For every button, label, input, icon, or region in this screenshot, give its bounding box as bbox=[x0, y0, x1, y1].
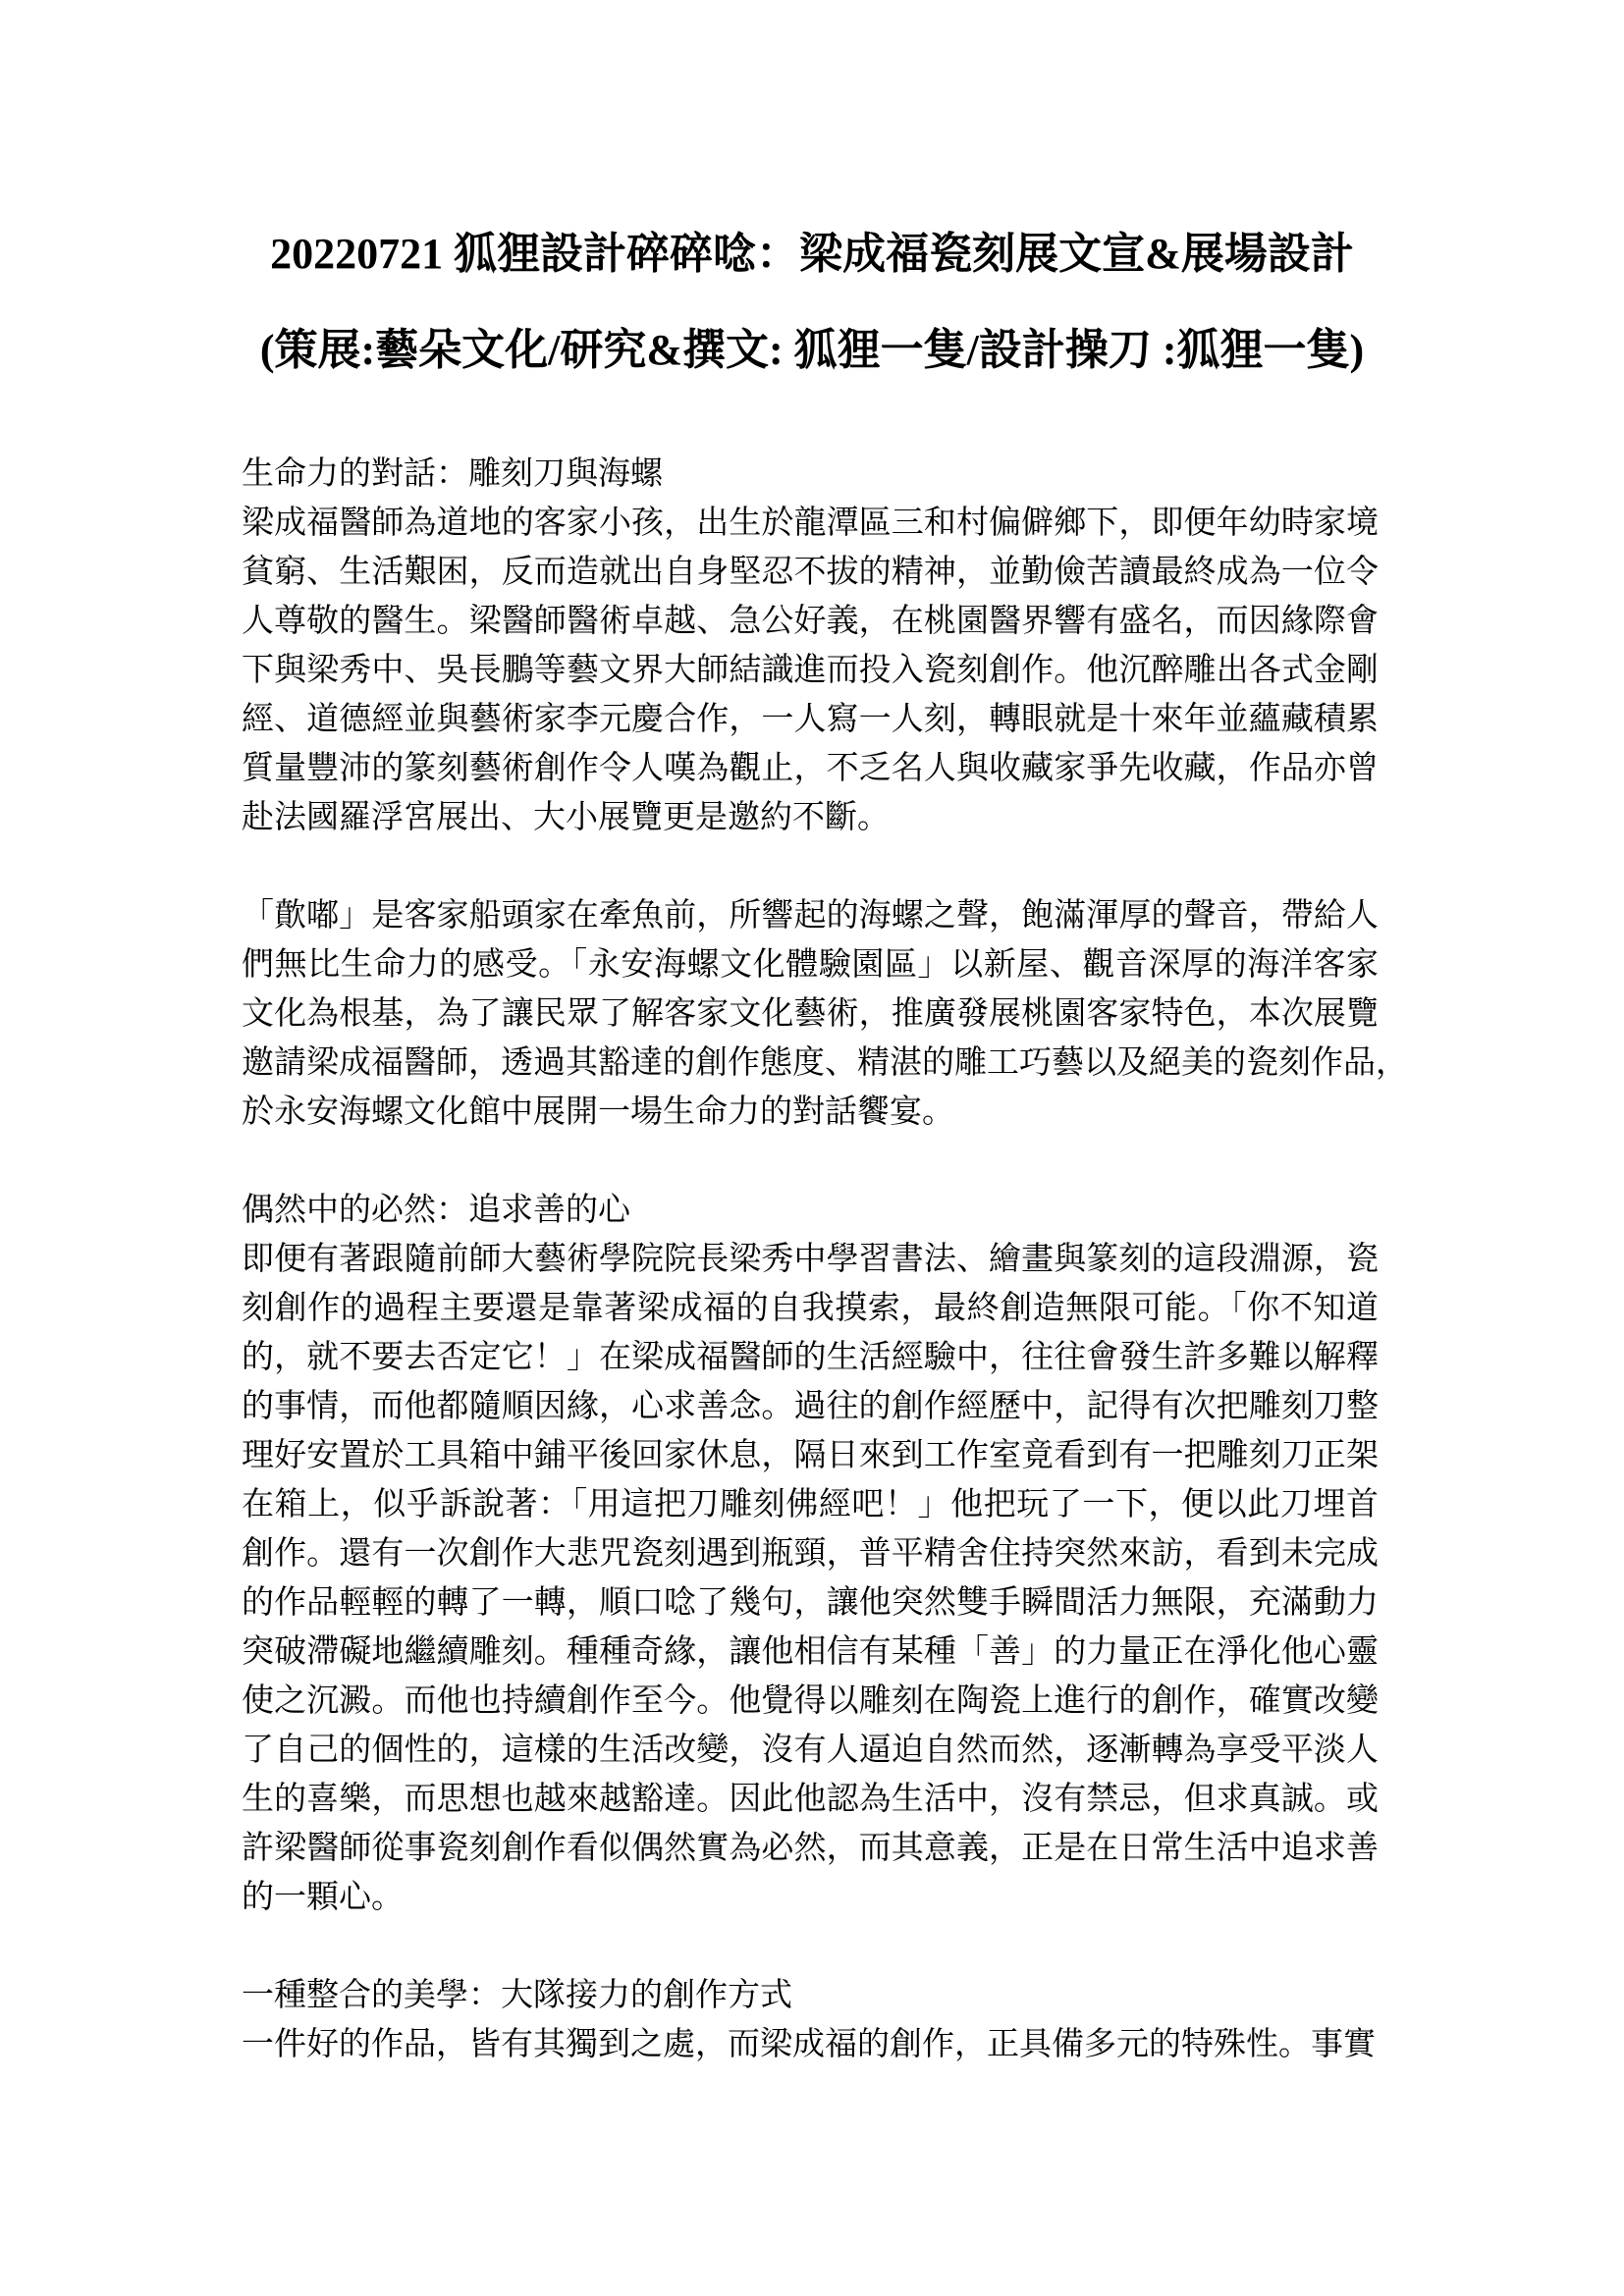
text-line: 的，就不要去否定它！」在梁成福醫師的生活經驗中，往往會發生許多難以解釋 bbox=[242, 1333, 1379, 1382]
paragraph: 梁成福醫師為道地的客家小孩，出生於龍潭區三和村偏僻鄉下，即便年幼時家境貧窮、生活… bbox=[242, 499, 1379, 842]
text-line: 赴法國羅浮宮展出、大小展覽更是邀約不斷。 bbox=[242, 793, 1379, 842]
text-line: 突破滯礙地繼續雕刻。種種奇緣，讓他相信有某種「善」的力量正在淨化他心靈 bbox=[242, 1628, 1379, 1677]
document-body: 生命力的對話：雕刻刀與海螺 梁成福醫師為道地的客家小孩，出生於龍潭區三和村偏僻鄉… bbox=[242, 450, 1382, 2069]
text-line: 人尊敬的醫生。梁醫師醫術卓越、急公好義，在桃園醫界響有盛名，而因緣際會 bbox=[242, 597, 1379, 646]
section-heading: 偶然中的必然：追求善的心 bbox=[242, 1186, 1382, 1235]
text-line: 即便有著跟隨前師大藝術學院院長梁秀中學習書法、繪畫與篆刻的這段淵源，瓷 bbox=[242, 1235, 1379, 1284]
text-line: 許梁醫師從事瓷刻創作看似偶然實為必然，而其意義，正是在日常生活中追求善 bbox=[242, 1824, 1379, 1873]
document-page: 20220721 狐狸設計碎碎唸：梁成福瓷刻展文宣&展場設計 (策展:藝朵文化/… bbox=[0, 0, 1624, 2296]
text-line: 的一顆心。 bbox=[242, 1873, 1379, 1922]
text-line: 一件好的作品，皆有其獨到之處，而梁成福的創作，正具備多元的特殊性。事實 bbox=[242, 2020, 1379, 2069]
text-line: 下與梁秀中、吳長鵬等藝文界大師結識進而投入瓷刻創作。他沉醉雕出各式金剛 bbox=[242, 646, 1379, 695]
section-integrated-aesthetics: 一種整合的美學：大隊接力的創作方式 一件好的作品，皆有其獨到之處，而梁成福的創作… bbox=[242, 1971, 1382, 2069]
text-line: 使之沉澱。而他也持續創作至今。他覺得以雕刻在陶瓷上進行的創作，確實改變 bbox=[242, 1677, 1379, 1726]
document-title: 20220721 狐狸設計碎碎唸：梁成福瓷刻展文宣&展場設計 bbox=[242, 226, 1382, 283]
text-line: 邀請梁成福醫師，透過其豁達的創作態度、精湛的雕工巧藝以及絕美的瓷刻作品， bbox=[242, 1039, 1379, 1088]
text-line: 於永安海螺文化館中展開一場生命力的對話饗宴。 bbox=[242, 1088, 1379, 1137]
section-heading: 生命力的對話：雕刻刀與海螺 bbox=[242, 450, 1382, 499]
text-line: 文化為根基，為了讓民眾了解客家文化藝術，推廣發展桃園客家特色，本次展覽 bbox=[242, 989, 1379, 1039]
text-line: 質量豐沛的篆刻藝術創作令人嘆為觀止，不乏名人與收藏家爭先收藏，作品亦曾 bbox=[242, 744, 1379, 793]
text-line: 梁成福醫師為道地的客家小孩，出生於龍潭區三和村偏僻鄉下，即便年幼時家境 bbox=[242, 499, 1379, 548]
text-line: 的作品輕輕的轉了一轉，順口唸了幾句，讓他突然雙手瞬間活力無限，充滿動力 bbox=[242, 1578, 1379, 1628]
text-line: 刻創作的過程主要還是靠著梁成福的自我摸索，最終創造無限可能。「你不知道 bbox=[242, 1284, 1379, 1333]
paragraph: 一件好的作品，皆有其獨到之處，而梁成福的創作，正具備多元的特殊性。事實 bbox=[242, 2020, 1379, 2069]
section-vitality-dialogue: 生命力的對話：雕刻刀與海螺 梁成福醫師為道地的客家小孩，出生於龍潭區三和村偏僻鄉… bbox=[242, 450, 1382, 842]
text-line: 貧窮、生活艱困，反而造就出自身堅忍不拔的精神，並勤儉苦讀最終成為一位令 bbox=[242, 548, 1379, 597]
text-line: 了自己的個性的，這樣的生活改變，沒有人逼迫自然而然，逐漸轉為享受平淡人 bbox=[242, 1726, 1379, 1775]
text-line: 理好安置於工具箱中鋪平後回家休息，隔日來到工作室竟看到有一把雕刻刀正架 bbox=[242, 1431, 1379, 1480]
section-puntu-conch: 「歕嘟」是客家船頭家在牽魚前，所響起的海螺之聲，飽滿渾厚的聲音，帶給人們無比生命… bbox=[242, 891, 1382, 1137]
document-subtitle: (策展:藝朵文化/研究&撰文: 狐狸一隻/設計操刀 :狐狸一隻) bbox=[242, 322, 1382, 379]
paragraph: 即便有著跟隨前師大藝術學院院長梁秀中學習書法、繪畫與篆刻的這段淵源，瓷刻創作的過… bbox=[242, 1235, 1379, 1922]
text-line: 「歕嘟」是客家船頭家在牽魚前，所響起的海螺之聲，飽滿渾厚的聲音，帶給人 bbox=[242, 891, 1379, 940]
text-line: 們無比生命力的感受。「永安海螺文化體驗園區」以新屋、觀音深厚的海洋客家 bbox=[242, 940, 1379, 989]
text-line: 在箱上，似乎訴說著：「用這把刀雕刻佛經吧！」他把玩了一下，便以此刀埋首 bbox=[242, 1480, 1379, 1529]
text-line: 生的喜樂，而思想也越來越豁達。因此他認為生活中，沒有禁忌，但求真誠。或 bbox=[242, 1775, 1379, 1824]
section-heading: 一種整合的美學：大隊接力的創作方式 bbox=[242, 1971, 1382, 2020]
text-line: 創作。還有一次創作大悲咒瓷刻遇到瓶頸，普平精舍住持突然來訪，看到未完成 bbox=[242, 1529, 1379, 1578]
page-content: 20220721 狐狸設計碎碎唸：梁成福瓷刻展文宣&展場設計 (策展:藝朵文化/… bbox=[242, 0, 1382, 2069]
text-line: 經、道德經並與藝術家李元慶合作，一人寫一人刻，轉眼就是十來年並蘊藏積累 bbox=[242, 695, 1379, 744]
text-line: 的事情，而他都隨順因緣，心求善念。過往的創作經歷中，記得有次把雕刻刀整 bbox=[242, 1382, 1379, 1431]
section-inevitable-goodness: 偶然中的必然：追求善的心 即便有著跟隨前師大藝術學院院長梁秀中學習書法、繪畫與篆… bbox=[242, 1186, 1382, 1922]
paragraph: 「歕嘟」是客家船頭家在牽魚前，所響起的海螺之聲，飽滿渾厚的聲音，帶給人們無比生命… bbox=[242, 891, 1379, 1137]
